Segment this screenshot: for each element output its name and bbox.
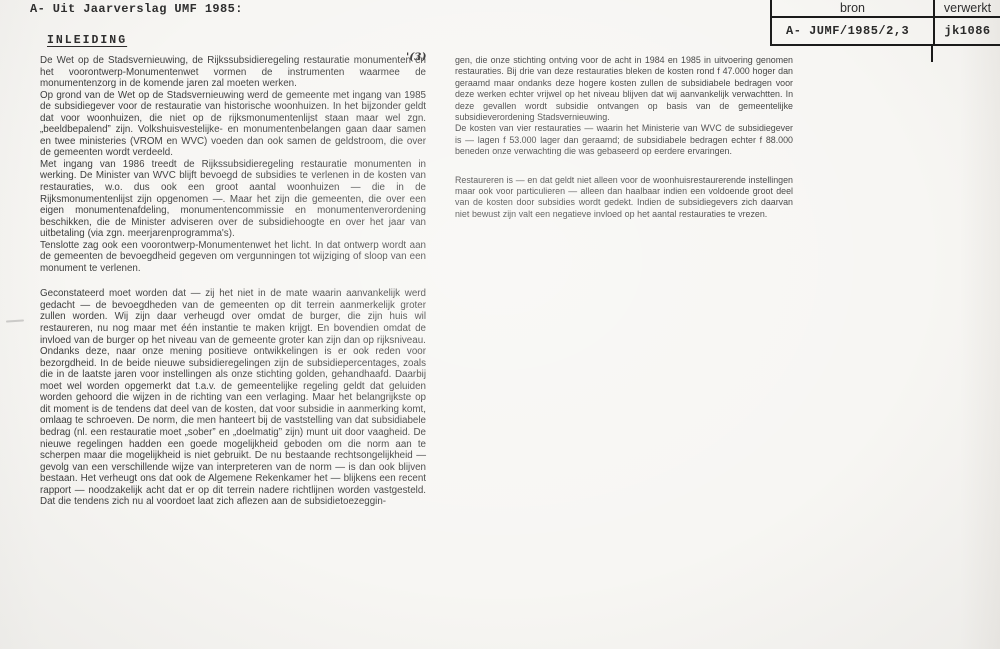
pencil-mark (6, 319, 24, 322)
paragraph: Met ingang van 1986 treedt de Rijkssubsi… (40, 159, 426, 240)
right-column-block-2: Restaureren is — en dat geldt niet allee… (455, 175, 793, 221)
paragraph: Restaureren is — en dat geldt niet allee… (455, 175, 793, 221)
stamp-table-header-bron: bron (772, 0, 935, 18)
stamp-table-value-verwerkt: jk1086 (935, 18, 1000, 44)
paragraph: gen, die onze stichting ontving voor de … (455, 55, 793, 123)
stamp-table-header-verwerkt: verwerkt (935, 0, 1000, 18)
left-column-block-2: Geconstateerd moet worden dat — zij het … (40, 288, 426, 507)
paragraph: Op grond van de Wet op de Stadsvernieuwi… (40, 90, 426, 159)
paragraph: Tenslotte zag ook een voorontwerp-Monume… (40, 240, 426, 275)
paragraph: Ondanks deze, naar onze mening positieve… (40, 346, 426, 508)
paragraph: Geconstateerd moet worden dat — zij het … (40, 288, 426, 346)
right-column-block-1: gen, die onze stichting ontving voor de … (455, 55, 793, 158)
document-page: A- Uit Jaarverslag UMF 1985: INLEIDING b… (0, 0, 1000, 649)
left-column: De Wet op de Stadsvernieuwing, de Rijkss… (40, 55, 426, 508)
paragraph: De Wet op de Stadsvernieuwing, de Rijkss… (40, 55, 426, 90)
stamp-table-divider-tail (931, 46, 933, 62)
stamp-table: bron verwerkt A- JUMF/1985/2,3 jk1086 (770, 0, 1000, 46)
section-heading: INLEIDING (47, 34, 127, 47)
stamp-table-value-bron: A- JUMF/1985/2,3 (772, 18, 935, 44)
left-column-block-1: De Wet op de Stadsvernieuwing, de Rijkss… (40, 55, 426, 274)
right-column: gen, die onze stichting ontving voor de … (455, 55, 793, 220)
document-title: A- Uit Jaarverslag UMF 1985: (30, 2, 243, 16)
paragraph: De kosten van vier restauraties — waarin… (455, 123, 793, 157)
